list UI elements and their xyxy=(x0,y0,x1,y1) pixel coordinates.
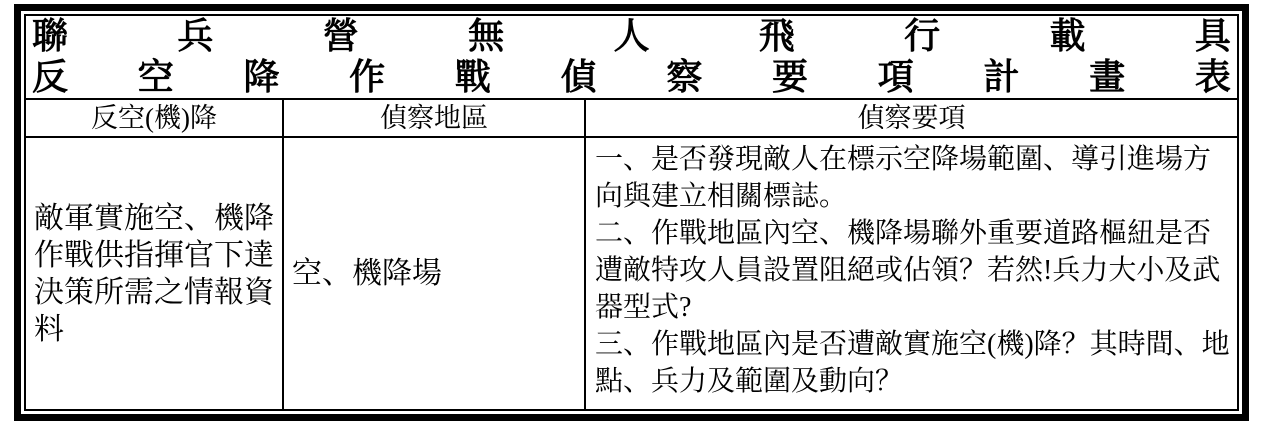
header-row: 反空(機)降 偵察地區 偵察要項 xyxy=(25,99,1238,137)
page: { "table": { "title_line1": "聯兵營無人飛行載具",… xyxy=(0,0,1262,428)
cell-recon-area: 空、機降場 xyxy=(283,137,585,410)
recon-item-2: 二、作戰地區內空、機降場聯外重要道路樞紐是否遭敵特攻人員設置阻絕或佔領？若然!兵… xyxy=(595,215,1232,326)
header-cell-counter-airborne: 反空(機)降 xyxy=(25,99,283,137)
title-line-2: 反空降作戰偵察要項計畫表 xyxy=(32,57,1231,98)
body-row: 敵軍實施空、機降作戰供指揮官下達決策所需之情報資料 空、機降場 一、是否發現敵人… xyxy=(25,137,1238,410)
header-cell-recon-items: 偵察要項 xyxy=(585,99,1238,137)
cell-recon-items: 一、是否發現敵人在標示空降場範圍、導引進場方向與建立相關標誌。 二、作戰地區內空… xyxy=(585,137,1238,410)
document-table-frame: 聯兵營無人飛行載具 反空降作戰偵察要項計畫表 反空(機)降 偵察地區 偵察要項 … xyxy=(14,4,1249,421)
title-line-1: 聯兵營無人飛行載具 xyxy=(32,16,1231,57)
title-row: 聯兵營無人飛行載具 反空降作戰偵察要項計畫表 xyxy=(25,15,1238,99)
recon-plan-table: 聯兵營無人飛行載具 反空降作戰偵察要項計畫表 反空(機)降 偵察地區 偵察要項 … xyxy=(24,14,1239,411)
recon-item-3: 三、作戰地區內是否遭敵實施空(機)降？其時間、地點、兵力及範圍及動向？ xyxy=(595,326,1232,400)
table-title: 聯兵營無人飛行載具 反空降作戰偵察要項計畫表 xyxy=(25,15,1238,99)
cell-counter-airborne: 敵軍實施空、機降作戰供指揮官下達決策所需之情報資料 xyxy=(25,137,283,410)
header-cell-recon-area: 偵察地區 xyxy=(283,99,585,137)
recon-item-1: 一、是否發現敵人在標示空降場範圍、導引進場方向與建立相關標誌。 xyxy=(595,141,1232,215)
